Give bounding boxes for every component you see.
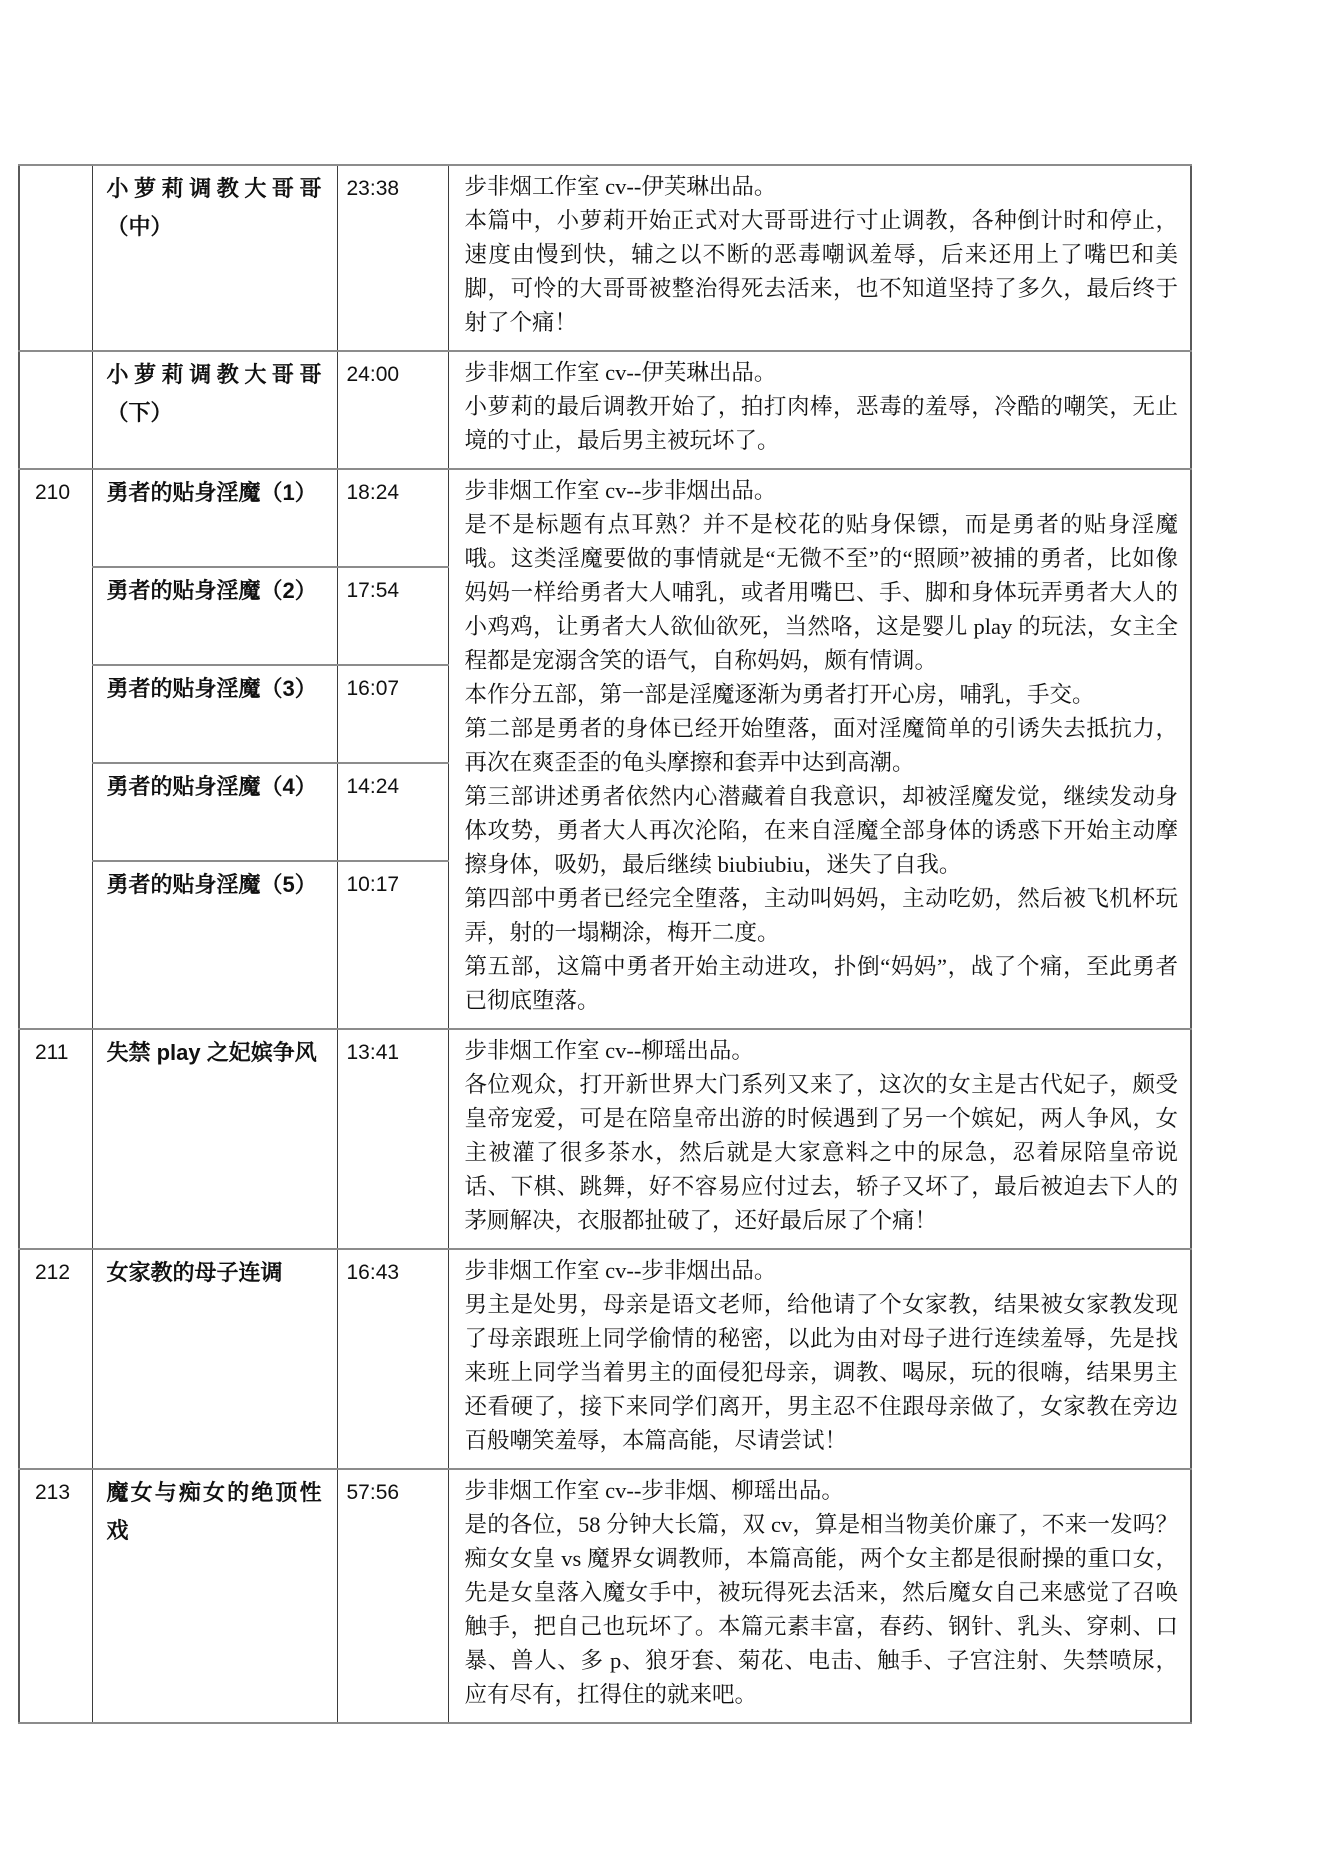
document-page: { "entries": [ { "id": "", "episodes": […	[0, 0, 1323, 1871]
episode-title-cell: 勇者的贴身淫魔（4）	[92, 763, 337, 861]
episode-duration-cell: 24:00	[337, 351, 448, 469]
description-paragraph: 步非烟工作室 cv--步非烟出品。	[465, 1254, 1179, 1288]
description-paragraph: 第四部中勇者已经完全堕落，主动叫妈妈，主动吃奶，然后被飞机杯玩弄，射的一塌糊涂，…	[465, 882, 1179, 950]
description-paragraph: 步非烟工作室 cv--伊芙琳出品。	[465, 356, 1179, 390]
episode-description-cell: 步非烟工作室 cv--步非烟、柳瑶出品。 是的各位，58 分钟大长篇，双 cv，…	[448, 1469, 1191, 1723]
table-row: 211 失禁 play 之妃嫔争风 13:41 步非烟工作室 cv--柳瑶出品。…	[19, 1029, 1191, 1249]
episode-description-cell: 步非烟工作室 cv--柳瑶出品。 各位观众，打开新世界大门系列又来了，这次的女主…	[448, 1029, 1191, 1249]
episode-duration-cell: 17:54	[337, 567, 448, 665]
episode-duration-cell: 16:07	[337, 665, 448, 763]
description-paragraph: 第五部，这篇中勇者开始主动进攻，扑倒“妈妈”，战了个痛，至此勇者已彻底堕落。	[465, 950, 1179, 1018]
episode-title-cell: 魔女与痴女的绝顶性戏	[92, 1469, 337, 1723]
episode-title-cell: 勇者的贴身淫魔（2）	[92, 567, 337, 665]
description-paragraph: 各位观众，打开新世界大门系列又来了，这次的女主是古代妃子，颇受皇帝宠爱，可是在陪…	[465, 1068, 1179, 1238]
episode-table: 小萝莉调教大哥哥（中） 23:38 步非烟工作室 cv--伊芙琳出品。 本篇中，…	[18, 164, 1192, 1724]
entry-id-cell	[19, 165, 92, 351]
description-paragraph: 步非烟工作室 cv--伊芙琳出品。	[465, 170, 1179, 204]
episode-duration-cell: 10:17	[337, 861, 448, 1029]
episode-description-cell: 步非烟工作室 cv--步非烟出品。 男主是处男，母亲是语文老师，给他请了个女家教…	[448, 1249, 1191, 1469]
episode-title-cell: 勇者的贴身淫魔（1）	[92, 469, 337, 567]
table-row: 210 勇者的贴身淫魔（1） 18:24 步非烟工作室 cv--步非烟出品。 是…	[19, 469, 1191, 567]
description-paragraph: 步非烟工作室 cv--柳瑶出品。	[465, 1034, 1179, 1068]
episode-duration-cell: 16:43	[337, 1249, 448, 1469]
episode-duration-cell: 23:38	[337, 165, 448, 351]
entry-id-cell: 211	[19, 1029, 92, 1249]
episode-title-cell: 失禁 play 之妃嫔争风	[92, 1029, 337, 1249]
episode-description-cell: 步非烟工作室 cv--伊芙琳出品。 本篇中，小萝莉开始正式对大哥哥进行寸止调教，…	[448, 165, 1191, 351]
entry-id-cell: 213	[19, 1469, 92, 1723]
table-row: 小萝莉调教大哥哥（中） 23:38 步非烟工作室 cv--伊芙琳出品。 本篇中，…	[19, 165, 1191, 351]
description-paragraph: 小萝莉的最后调教开始了，拍打肉棒，恶毒的羞辱，冷酷的嘲笑，无止境的寸止，最后男主…	[465, 390, 1179, 458]
entry-id-cell	[19, 351, 92, 469]
episode-description-cell: 步非烟工作室 cv--步非烟出品。 是不是标题有点耳熟？并不是校花的贴身保镖，而…	[448, 469, 1191, 1029]
episode-duration-cell: 57:56	[337, 1469, 448, 1723]
episode-title-cell: 女家教的母子连调	[92, 1249, 337, 1469]
episode-description-cell: 步非烟工作室 cv--伊芙琳出品。 小萝莉的最后调教开始了，拍打肉棒，恶毒的羞辱…	[448, 351, 1191, 469]
description-paragraph: 第二部是勇者的身体已经开始堕落，面对淫魔简单的引诱失去抵抗力，再次在爽歪歪的龟头…	[465, 712, 1179, 780]
description-paragraph: 是不是标题有点耳熟？并不是校花的贴身保镖，而是勇者的贴身淫魔哦。这类淫魔要做的事…	[465, 508, 1179, 678]
episode-title-cell: 小萝莉调教大哥哥（下）	[92, 351, 337, 469]
table-row: 212 女家教的母子连调 16:43 步非烟工作室 cv--步非烟出品。 男主是…	[19, 1249, 1191, 1469]
description-paragraph: 步非烟工作室 cv--步非烟、柳瑶出品。	[465, 1474, 1179, 1508]
episode-title-cell: 小萝莉调教大哥哥（中）	[92, 165, 337, 351]
episode-title-cell: 勇者的贴身淫魔（3）	[92, 665, 337, 763]
entry-id-cell: 210	[19, 469, 92, 1029]
description-paragraph: 本作分五部，第一部是淫魔逐渐为勇者打开心房，哺乳，手交。	[465, 678, 1179, 712]
table-row: 213 魔女与痴女的绝顶性戏 57:56 步非烟工作室 cv--步非烟、柳瑶出品…	[19, 1469, 1191, 1723]
episode-duration-cell: 18:24	[337, 469, 448, 567]
episode-duration-cell: 14:24	[337, 763, 448, 861]
description-paragraph: 是的各位，58 分钟大长篇，双 cv，算是相当物美价廉了，不来一发吗？痴女女皇 …	[465, 1508, 1179, 1712]
table-row: 小萝莉调教大哥哥（下） 24:00 步非烟工作室 cv--伊芙琳出品。 小萝莉的…	[19, 351, 1191, 469]
episode-duration-cell: 13:41	[337, 1029, 448, 1249]
entry-id-cell: 212	[19, 1249, 92, 1469]
episode-title-cell: 勇者的贴身淫魔（5）	[92, 861, 337, 1029]
description-paragraph: 第三部讲述勇者依然内心潜藏着自我意识，却被淫魔发觉，继续发动身体攻势，勇者大人再…	[465, 780, 1179, 882]
description-paragraph: 男主是处男，母亲是语文老师，给他请了个女家教，结果被女家教发现了母亲跟班上同学偷…	[465, 1288, 1179, 1458]
description-paragraph: 步非烟工作室 cv--步非烟出品。	[465, 474, 1179, 508]
description-paragraph: 本篇中，小萝莉开始正式对大哥哥进行寸止调教，各种倒计时和停止，速度由慢到快，辅之…	[465, 204, 1179, 340]
